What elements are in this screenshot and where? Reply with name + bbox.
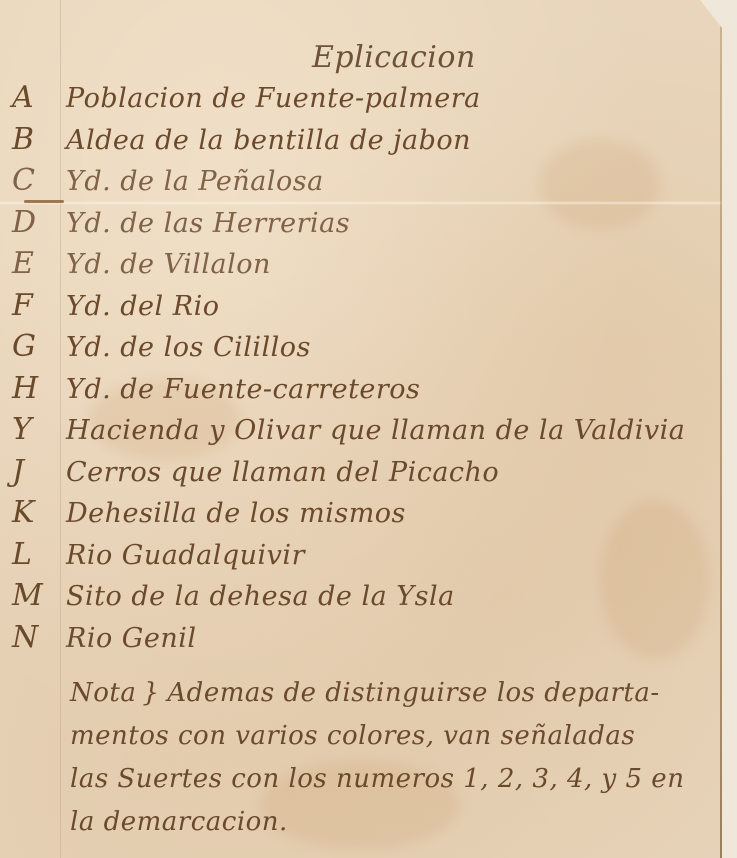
legend-key: C	[0, 163, 66, 198]
legend-key: E	[0, 246, 66, 281]
document-title: Eplicacion	[312, 40, 476, 75]
note-label: Nota	[70, 678, 136, 708]
legend-item: A Poblacion de Fuente-palmera	[0, 80, 722, 122]
legend-item: H Yd. de Fuente-carreteros	[0, 371, 722, 413]
note-line: las Suertes con los numeros 1, 2, 3, 4, …	[70, 764, 710, 807]
legend-key: N	[0, 620, 66, 655]
legend-text: Aldea de la bentilla de jabon	[66, 125, 471, 156]
legend-item: J Cerros que llaman del Picacho	[0, 454, 722, 496]
legend-item: M Sito de la dehesa de la Ysla	[0, 578, 722, 620]
legend-text: Yd. del Rio	[66, 291, 219, 322]
legend-item: E Yd. de Villalon	[0, 246, 722, 288]
legend-text: Sito de la dehesa de la Ysla	[66, 581, 455, 612]
brace-mark: }	[142, 678, 159, 708]
note-line: mentos con varios colores, van señaladas	[70, 721, 710, 764]
legend-text: Yd. de Fuente-carreteros	[66, 374, 420, 405]
legend-key: D	[0, 205, 66, 240]
legend-key: H	[0, 371, 66, 406]
legend-text: Yd. de Villalon	[66, 249, 271, 280]
legend-text: Cerros que llaman del Picacho	[66, 457, 499, 488]
legend-item: Y Hacienda y Olivar que llaman de la Val…	[0, 412, 722, 454]
note-block: Nota}Ademas de distinguirse los departa-…	[70, 678, 710, 850]
legend-item: N Rio Genil	[0, 620, 722, 662]
legend-item: D Yd. de las Herrerias	[0, 205, 722, 247]
legend-key: F	[0, 288, 66, 323]
legend-key: L	[0, 537, 66, 572]
legend-item: F Yd. del Rio	[0, 288, 722, 330]
legend-key: Y	[0, 412, 66, 447]
legend-text: Yd. de la Peñalosa	[66, 166, 324, 197]
legend-key: B	[0, 122, 66, 157]
legend-text: Poblacion de Fuente-palmera	[66, 83, 481, 114]
legend-item: K Dehesilla de los mismos	[0, 495, 722, 537]
legend-text: Yd. de los Cilillos	[66, 332, 311, 363]
legend-text: Yd. de las Herrerias	[66, 208, 350, 239]
legend-item: B Aldea de la bentilla de jabon	[0, 122, 722, 164]
legend-key: M	[0, 578, 66, 613]
note-text: Ademas de distinguirse los departa-	[167, 678, 659, 708]
legend-text: Dehesilla de los mismos	[66, 498, 406, 529]
legend-key: G	[0, 329, 66, 364]
legend-key: J	[0, 454, 66, 489]
legend-item: C Yd. de la Peñalosa	[0, 163, 722, 205]
manuscript-page: Eplicacion A Poblacion de Fuente-palmera…	[0, 0, 722, 858]
legend-list: A Poblacion de Fuente-palmera B Aldea de…	[0, 80, 722, 661]
legend-text: Hacienda y Olivar que llaman de la Valdi…	[66, 415, 685, 446]
legend-text: Rio Genil	[66, 623, 197, 654]
legend-key: A	[0, 80, 66, 115]
note-line: Nota}Ademas de distinguirse los departa-	[70, 678, 710, 721]
legend-key: K	[0, 495, 66, 530]
legend-item: L Rio Guadalquivir	[0, 537, 722, 579]
legend-item: G Yd. de los Cilillos	[0, 329, 722, 371]
note-line: la demarcacion.	[70, 807, 710, 850]
legend-text: Rio Guadalquivir	[66, 540, 305, 571]
page-edge	[720, 28, 722, 858]
